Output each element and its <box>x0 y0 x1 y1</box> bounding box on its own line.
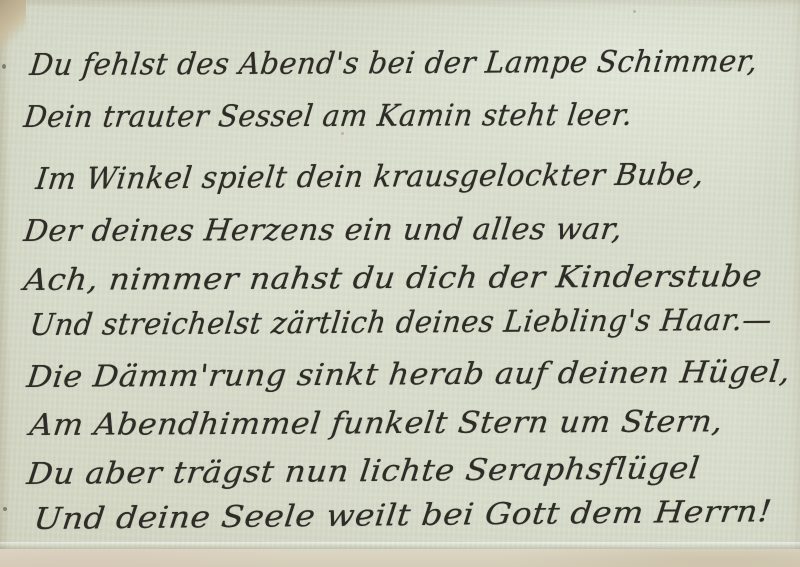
poem-line-5: Ach, nimmer nahst du dich der Kinderstub… <box>22 259 764 298</box>
poem-line-8: Am Abendhimmel funkelt Stern um Stern, <box>28 404 725 443</box>
poem-line-6: Und streichelst zärtlich deines Liebling… <box>28 303 774 343</box>
poem-line-9: Du aber trägst nun lichte Seraphsflügel <box>25 451 702 492</box>
poem-line-10: Und deine Seele weilt bei Gott dem Herrn… <box>32 494 774 537</box>
handwritten-card: Du fehlst des Abend's bei der Lampe Schi… <box>0 0 800 567</box>
poem-line-4: Der deines Herzens ein und alles war, <box>22 212 625 249</box>
poem-line-7: Die Dämm'rung sinkt herab auf deinen Hüg… <box>25 355 792 395</box>
poem-line-1: Du fehlst des Abend's bei der Lampe Schi… <box>28 44 760 83</box>
poem-text: Du fehlst des Abend's bei der Lampe Schi… <box>0 0 800 567</box>
poem-line-3: Im Winkel spielt dein krausgelockter Bub… <box>34 157 706 197</box>
poem-line-2: Dein trauter Sessel am Kamin steht leer. <box>22 98 635 135</box>
